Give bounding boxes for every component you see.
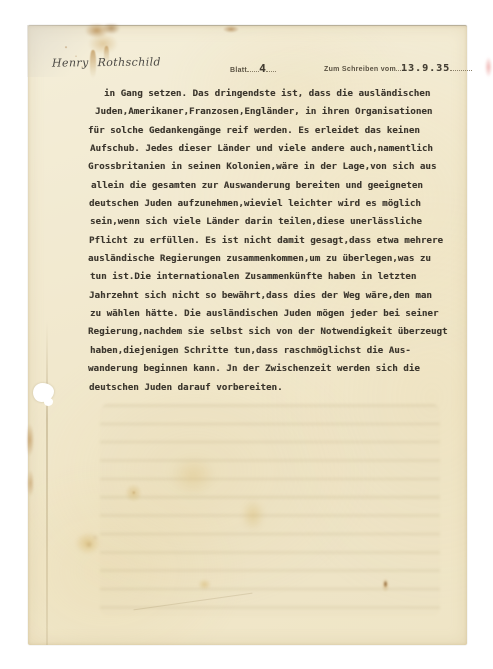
dotted-leader <box>247 63 259 72</box>
typed-line: Pflicht zu erfüllen. Es ist nicht damit … <box>89 232 470 250</box>
typed-line: tun ist.Die internationalen Zusammenkünf… <box>90 268 470 286</box>
typed-line: deutschen Juden aufzunehmen,wieviel leic… <box>89 195 470 213</box>
reference-label: Zum Schreiben vom <box>324 66 396 73</box>
sheet-number-field: Blatt 4 <box>230 62 276 75</box>
scan-background: Henry Rothschild Blatt 4 Zum Schreiben v… <box>0 0 493 669</box>
typed-line: Grossbritanien in seinen Kolonien,wäre i… <box>88 158 470 176</box>
typed-line: für solche Gedankengänge reif werden. Es… <box>88 122 470 140</box>
typed-reference-date: 13.9.35 <box>401 63 450 74</box>
typed-line: in Gang setzen. Das dringendste ist, das… <box>104 85 470 103</box>
typewritten-body: in Gang setzen. Das dringendste ist, das… <box>88 85 470 397</box>
typed-line: deutschen Juden darauf vorbereiten. <box>89 379 470 397</box>
page-content: Henry Rothschild Blatt 4 Zum Schreiben v… <box>28 26 467 645</box>
typed-line: ausländische Regierungen zusammenkommen,… <box>88 250 470 268</box>
typed-line: Juden,Amerikaner,Franzosen,Engländer, in… <box>95 103 470 121</box>
dotted-leader <box>266 63 276 72</box>
typed-line: allein die gesamten zur Auswanderung ber… <box>91 177 470 195</box>
typed-line: Aufschub. Jedes dieser Länder und viele … <box>90 140 470 158</box>
typed-line: Regierung,nachdem sie selbst sich von de… <box>88 323 470 341</box>
typed-sheet-number: 4 <box>259 62 266 75</box>
typed-line: wanderung beginnen kann. Jn der Zwischen… <box>88 360 470 378</box>
handwritten-author-name: Henry Rothschild <box>52 55 161 69</box>
typed-line: haben,diejenigen Schritte tun,dass rasch… <box>90 342 470 360</box>
document-page: Henry Rothschild Blatt 4 Zum Schreiben v… <box>28 25 467 645</box>
typed-line: sein,wenn sich viele Länder darin teilen… <box>90 213 470 231</box>
margin-pink-smudge <box>485 57 492 77</box>
typed-line: Jahrzehnt sich nicht so bewährt,dass die… <box>89 287 470 305</box>
sheet-label: Blatt <box>230 67 247 74</box>
typed-line: zu wählen hätte. Die ausländischen Juden… <box>90 305 470 323</box>
dotted-leader <box>450 62 472 71</box>
letter-reference-field: Zum Schreiben vom 13.9.35 <box>324 62 472 74</box>
